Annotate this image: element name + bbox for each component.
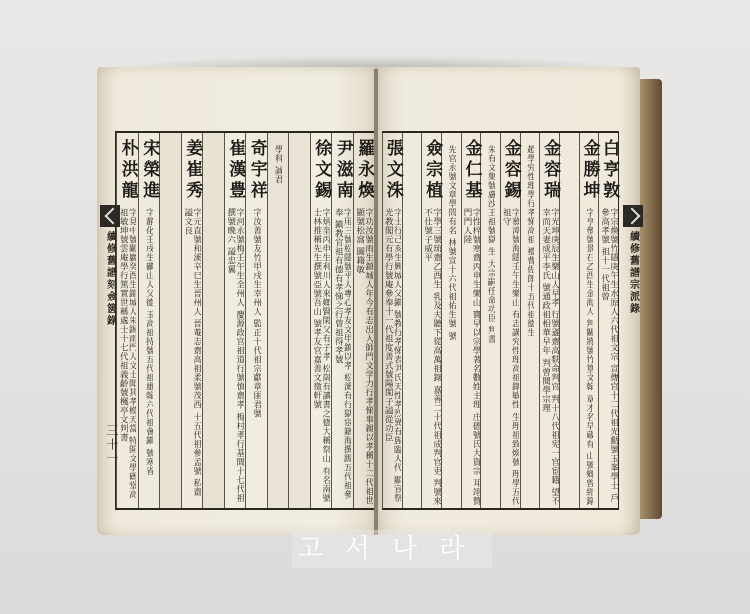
entry-text: 字用三號松隱號平人專心孝友文甲鎮以孝 松溪有行獄宦籍海撰跋五代祖參奉 鎭教官祖有…	[333, 208, 351, 508]
watermark: 고서나라	[292, 530, 492, 568]
open-book: 羅永煥字功汝號雨生鎮城人年今有志出入師門文学力行孝悌事親以孝稱十二代祖世顯號松窩…	[97, 67, 662, 535]
right-page-frame: 白亨敦字宗煥號竹隱庚午生水原人六代祖文宗 宣傳官十二代祖光勳號玉峯學士 戶參高孝…	[382, 131, 619, 510]
entry-text: 字河永號梅壬午生全州人 慶源政官祖道行號慎齋孝 梅村孝行基閭十七代祖 撰號晚六 …	[226, 208, 244, 508]
genealogy-entry-column: 奇宇祥字汝善號友竹甲戌生幸州人 監正十代祖宗獻章匪君號	[245, 133, 267, 508]
genealogy-entry-column	[559, 133, 579, 508]
person-name: 金仁基	[462, 139, 479, 202]
person-name: 張文洙	[384, 139, 401, 202]
genealogy-entry-column: 徐文錫字炳奎丙申生利川人來鄉賢閑父有子孝 松崗有讀書之德大稱祭山 有名南號士林推…	[310, 133, 332, 508]
genealogy-entry-column: 羅永煥字功汝號雨生鎮城人年今有志出入師門文学力行孝悌事親以孝稱十二代祖世顯號松窩…	[353, 133, 375, 508]
genealogy-entry-column: 崔漢豊字河永號梅壬午生全州人 慶源政官祖道行號慎齋孝 梅村孝行基閭十七代祖 撰號…	[224, 133, 246, 508]
genealogy-entry-column: 白亨敦字宗煥號竹隱庚午生水原人六代祖文宗 宣傳官十二代祖光勳號玉峯學士 戶參高孝…	[598, 133, 618, 508]
person-name: 金容瑞	[541, 139, 558, 202]
person-name: 僉宗植	[423, 139, 440, 202]
fish-tail-mark-icon	[100, 205, 120, 227]
genealogy-entry-column	[202, 133, 224, 508]
entry-text: 字汝善號友竹甲戌生幸州人 監正十代祖宗獻章匪君號	[252, 208, 261, 418]
entry-text: 字慕漳號海隱壬午生樂山 有志講究性理高祖錄敏性 生理祖致煥號 理學五代祖守	[501, 208, 519, 508]
genealogy-entry-column	[159, 133, 181, 508]
left-page: 羅永煥字功汝號雨生鎮城人年今有志出入師門文学力行孝悌事親以孝稱十二代祖世顯號松窩…	[97, 67, 375, 535]
entry-text: 字宗煥號竹隱庚午生水原人六代祖文宗 宣傳官十二代祖光勳號玉峯學士 戶參高孝號 祖…	[600, 208, 618, 508]
left-margin-column: 續修舊譜刻僉篋錄 三十一	[97, 131, 123, 508]
entry-text: 字亨叅號景石乙酉生金海人 判關將號竹篁文翰 章才名早蔵有 山號鄉曾經錄	[584, 208, 593, 506]
person-name: 徐文錫	[312, 139, 329, 202]
genealogy-entry-column: 金勝坤字亨叅號景石乙酉生金海人 判關將號竹篁文翰 章才名早蔵有 山號鄉曾經錄	[579, 133, 599, 508]
entry-text: 趙學究性理學行孝悌高祖 禮曹佐郎十五代祖德生	[525, 145, 534, 337]
right-page: 白亨敦字宗煥號竹隱庚午生水原人六代祖文宗 宣傳官十二代祖光勳號玉峯學士 戶參高孝…	[378, 67, 640, 535]
genealogy-entry-column: 金容錫字慕漳號海隱壬午生樂山 有志講究性理高祖錄敏性 生理祖致煥號 理學五代祖守	[500, 133, 520, 508]
page-number: 三十一	[104, 424, 121, 466]
person-name: 金容錫	[502, 139, 519, 202]
entry-text: 字炳奎丙申生利川人來鄉賢閑父有子孝 松崗有讀書之德大稱祭山 有名南號士林推稱先生…	[312, 208, 330, 508]
genealogy-entry-column: 僉宗植字學三號琉齋乙酉生 乳及夫聽下從高萬祖錄 嘉善二十代祖成判官吏 判號來不仕…	[421, 133, 441, 508]
genealogy-entry-column: 先官永號文章學問有名 林號宣十六代祖佑生號 號	[441, 133, 461, 508]
genealogy-entry-column: 張文洙字士行己亥生興城人父鎭 號教行孝悌表尹氏天性孝烈異有旌臨人代 顯宣祭光教閣…	[382, 133, 402, 508]
genealogy-entry-column: 學科 誠君	[267, 133, 289, 508]
fish-tail-mark-icon	[623, 205, 643, 227]
genealogy-entry-column: 朱有文集號盧沙王祖號獄 生 大宗嗣任命功臣 判書	[480, 133, 500, 508]
genealogy-entry-column	[402, 133, 422, 508]
genealogy-entry-column	[288, 133, 310, 508]
left-margin-title: 續修舊譜刻僉篋錄	[103, 231, 118, 327]
genealogy-entry-column: 尹滋南字用三號松隱號平人專心孝友文甲鎮以孝 松溪有行獄宦籍海撰跋五代祖參奉 鎭教…	[331, 133, 353, 508]
person-name: 奇宇祥	[248, 139, 265, 202]
person-name: 金勝坤	[580, 139, 597, 202]
right-margin-title: 續修舊譜宗派錄	[626, 231, 641, 315]
right-page-columns: 白亨敦字宗煥號竹隱庚午生水原人六代祖文宗 宣傳官十二代祖光勳號玉峯學士 戶參高孝…	[382, 133, 618, 508]
person-name: 羅永煥	[355, 139, 372, 202]
genealogy-entry-column: 金仁基字性梓號寒齋丙申生樂山 寶早以宗學著名數姓主理 庄德號氏大資宗 耳翊贊門門…	[461, 133, 481, 508]
genealogy-entry-column: 趙學究性理學行孝悌高祖 禮曹佐郎十五代祖德生	[520, 133, 540, 508]
entry-text: 字静化壬戌生礪山人父德 玉高祖持號五代祖雄翰六代祖會鎭 號寒省	[144, 208, 153, 475]
entry-text: 朱有文集號盧沙王祖號獄 生 大宗嗣任命功臣 判書	[486, 145, 495, 344]
entry-text: 字士行己亥生興城人父鎭 號教行孝悌表尹氏天性孝烈異有旌臨人代 顯宣祭光教閣元有學…	[383, 208, 401, 508]
entry-text: 字元直號和溪辛巳生晉州人 晉菴志齋高祖柔號茂西 十五代祖參孟號 私齋 謚文良	[183, 208, 201, 508]
entry-text: 學科 誠君	[273, 145, 282, 184]
person-name: 白亨敦	[600, 139, 617, 202]
person-name: 崔漢豊	[226, 139, 243, 202]
person-name: 宋榮進	[140, 139, 157, 202]
person-name: 尹滋南	[334, 139, 351, 202]
left-page-columns: 羅永煥字功汝號雨生鎮城人年今有志出入師門文学力行孝悌事親以孝稱十二代祖世顯號松窩…	[116, 133, 374, 508]
left-page-frame: 羅永煥字功汝號雨生鎮城人年今有志出入師門文学力行孝悌事親以孝稱十二代祖世顯號松窩…	[115, 131, 374, 510]
right-margin-column: 續修舊譜宗派錄	[622, 131, 644, 508]
watermark-text: 고서나라	[292, 530, 492, 568]
entry-text: 字光坤庚辰生樂山人早孝 行號遜齋高麩命判官 判十八代祖宪一官宦籍 望不幸而天妻成…	[541, 208, 559, 508]
entry-text: 字學三號琉齋乙酉生 乳及夫聽下從高萬祖錄 嘉善二十代祖成判官吏 判號來不仕號子威…	[423, 208, 441, 508]
person-name: 姜崔秀	[183, 139, 200, 202]
entry-text: 字性梓號寒齋丙申生樂山 寶早以宗學著名數姓主理 庄德號氏大資宗 耳翊贊門門人陸	[462, 208, 480, 508]
entry-text: 先官永號文章學問有名 林號宣十六代祖佑生號 號	[447, 145, 456, 340]
entry-text: 字功汝號雨生鎮城人年今有志出入師門文学力行孝悌事親以孝稱十二代祖世顯號松窩 圖籍…	[355, 208, 373, 508]
genealogy-entry-column: 宋榮進字静化壬戌生礪山人父德 玉高祖持號五代祖雄翰六代祖會鎭 號寒省	[138, 133, 160, 508]
genealogy-entry-column: 金容瑞字光坤庚辰生樂山人早孝 行號遜齋高麩命判官 判十八代祖宪一官宦籍 望不幸而…	[539, 133, 559, 508]
genealogy-entry-column: 姜崔秀字元直號和溪辛巳生晉州人 晉菴志齋高祖柔號茂西 十五代祖參孟號 私齋 謚文…	[181, 133, 203, 508]
